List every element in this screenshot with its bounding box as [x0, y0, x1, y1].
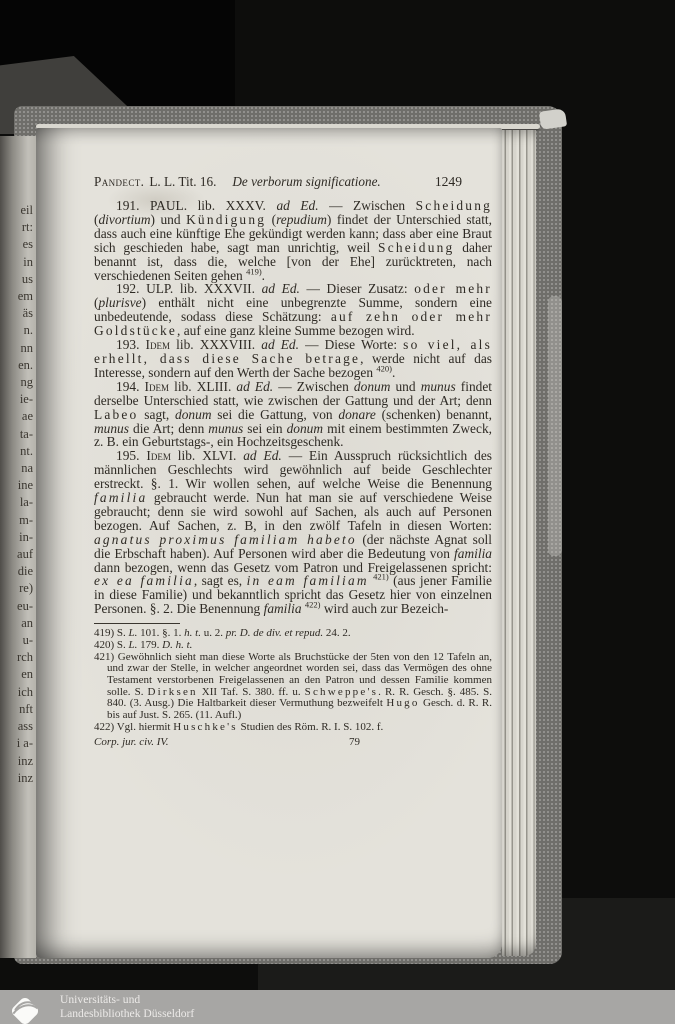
sheet-signature: 79 — [349, 736, 360, 748]
cutoff-text-fragment: us — [17, 271, 33, 288]
footnote-422: 422) Vgl. hiermit Huschke's Studien des … — [94, 722, 492, 734]
running-header: Pandect. L. L. Tit. 16. De verborum sign… — [94, 174, 492, 190]
library-name: Universitäts- und Landesbibliothek Düsse… — [60, 993, 194, 1022]
library-footer: Universitäts- und Landesbibliothek Düsse… — [0, 990, 675, 1024]
footnotes: 419) S. L. 101. §. 1. h. t. u. 2. pr. D.… — [94, 628, 492, 733]
cutoff-text-fragment: in — [17, 254, 33, 271]
paragraph-195: 195. Idem lib. XLVI. ad Ed. — Ein Ausspr… — [94, 449, 492, 616]
cover-worn-streak — [548, 296, 562, 556]
cutoff-text-fragment: na — [17, 460, 33, 477]
book-page: Pandect. L. L. Tit. 16. De verborum sign… — [36, 128, 502, 958]
cutoff-text-fragment: inz — [17, 770, 33, 787]
page-text-block: Pandect. L. L. Tit. 16. De verborum sign… — [94, 174, 492, 750]
cutoff-text-fragment: es — [17, 236, 33, 253]
cutoff-text-fragment: u- — [17, 632, 33, 649]
cutoff-text-fragment: eil — [17, 202, 33, 219]
paragraph-192: 192. ULP. lib. XXXVII. ad Ed. — Dieser Z… — [94, 282, 492, 338]
cutoff-text-fragment: die — [17, 563, 33, 580]
cover-worn-corner — [539, 108, 567, 129]
cutoff-text-fragment: rch — [17, 649, 33, 666]
cutoff-text-fragment: n. — [17, 322, 33, 339]
header-subtitle: De verborum significatione. — [232, 174, 380, 190]
page-stack-edges — [502, 130, 536, 956]
footnote-421: 421) Gewöhnlich sieht man diese Worte al… — [94, 652, 492, 722]
cutoff-text-fragment: in- — [17, 529, 33, 546]
cutoff-text-fragment: äs — [17, 305, 33, 322]
cutoff-text-fragment: re) — [17, 580, 33, 597]
facing-page-sliver: eilrt:esinusemäsn.nnen.ngie-aeta-nt.nain… — [0, 136, 36, 958]
cutoff-text-fragment: ass — [17, 718, 33, 735]
cutoff-text-fragment: ta- — [17, 426, 33, 443]
paragraph-193: 193. Idem lib. XXXVIII. ad Ed. — Diese W… — [94, 338, 492, 380]
library-name-line2: Landesbibliothek Düsseldorf — [60, 1007, 194, 1021]
header-title: Pandect. — [94, 174, 144, 190]
book-scan-photo: eilrt:esinusemäsn.nnen.ngie-aeta-nt.nain… — [0, 0, 675, 1024]
signature-line: Corp. jur. civ. IV. 79 — [94, 736, 492, 750]
cutoff-text-fragment: la- — [17, 494, 33, 511]
cutoff-text-fragment: ng — [17, 374, 33, 391]
cutoff-text-fragment: eu- — [17, 598, 33, 615]
cutoff-text-fragment: m- — [17, 512, 33, 529]
cutoff-text-fragment: en. — [17, 357, 33, 374]
cutoff-text-fragment: inz — [17, 753, 33, 770]
library-name-line1: Universitäts- und — [60, 993, 194, 1007]
paragraph-194: 194. Idem lib. XLIII. ad Ed. — Zwischen … — [94, 380, 492, 450]
body-text: 191. PAUL. lib. XXXV. ad Ed. — Zwischen … — [94, 199, 492, 616]
cutoff-text-fragment: nft — [17, 701, 33, 718]
cutoff-text-fragment: nt. — [17, 443, 33, 460]
facing-page-cutoff-text: eilrt:esinusemäsn.nnen.ngie-aeta-nt.nain… — [17, 202, 33, 787]
cutoff-text-fragment: en — [17, 666, 33, 683]
cutoff-text-fragment: i a- — [17, 735, 33, 752]
cutoff-text-fragment: ie- — [17, 391, 33, 408]
cutoff-text-fragment: nn — [17, 340, 33, 357]
cutoff-text-fragment: ine — [17, 477, 33, 494]
cutoff-text-fragment: ich — [17, 684, 33, 701]
volume-signature: Corp. jur. civ. IV. — [94, 736, 168, 748]
cutoff-text-fragment: ae — [17, 408, 33, 425]
footnote-separator — [94, 623, 180, 624]
page-number: 1249 — [435, 174, 462, 190]
header-title-rest: L. L. Tit. 16. — [149, 174, 216, 190]
cutoff-text-fragment: rt: — [17, 219, 33, 236]
cutoff-text-fragment: an — [17, 615, 33, 632]
cutoff-text-fragment: em — [17, 288, 33, 305]
cutoff-text-fragment: auf — [17, 546, 33, 563]
paragraph-191: 191. PAUL. lib. XXXV. ad Ed. — Zwischen … — [94, 199, 492, 282]
library-logo-icon — [7, 993, 43, 1024]
